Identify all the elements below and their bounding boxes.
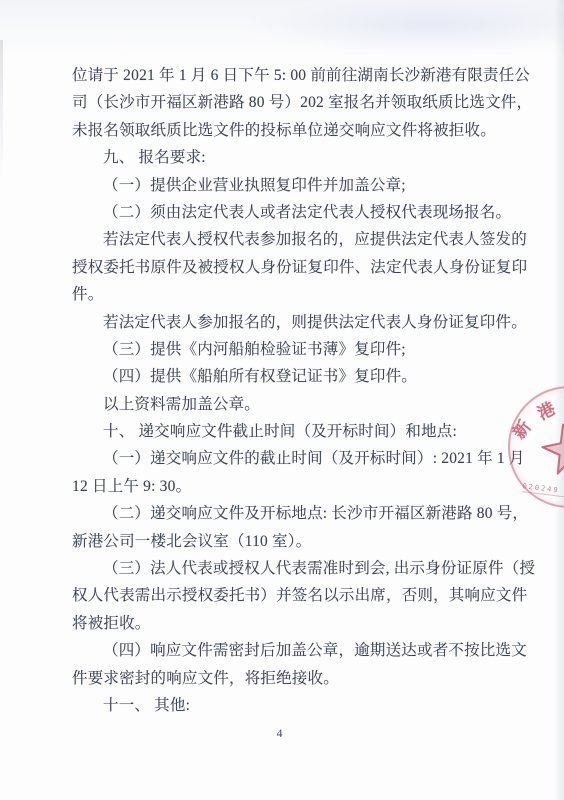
scanned-document-page: 位请于 2021 年 1 月 6 日下午 5: 00 前前往湖南长沙新港有限责任… bbox=[0, 0, 564, 800]
text-line: 以上资料需加盖公章。 bbox=[72, 391, 520, 418]
text-line: （四）响应文件需密封后加盖公章，逾期送达或者不按比选文 bbox=[72, 637, 520, 664]
page-number: 4 bbox=[72, 726, 487, 741]
text-line: 位请于 2021 年 1 月 6 日下午 5: 00 前前往湖南长沙新港有限责任… bbox=[72, 62, 520, 89]
text-line: 将被拒收。 bbox=[72, 610, 520, 637]
text-line: 若法定代表人参加报名的，则提供法定代表人身份证复印件。 bbox=[72, 309, 520, 336]
text-line: 授权委托书原件及被授权人身份证复印件、法定代表人身份证复印 bbox=[72, 254, 520, 281]
text-line: 十一、 其他: bbox=[72, 692, 520, 719]
text-line: （一）递交响应文件的截止时间（及开标时间）: 2021 年 1 月 bbox=[72, 445, 520, 472]
text-line: 未报名领取纸质比选文件的投标单位递交响应文件将被拒收。 bbox=[72, 117, 520, 144]
text-line: 十、 递交响应文件截止时间（及开标时间）和地点: bbox=[72, 418, 520, 445]
text-line: （二）须由法定代表人或者法定代表人授权代表现场报名。 bbox=[72, 199, 520, 226]
scan-edge-artifact bbox=[0, 40, 3, 180]
text-line: 若法定代表人授权代表参加报名的，应提供法定代表人签发的 bbox=[72, 226, 520, 253]
text-line: 新港公司一楼北会议室（110 室）。 bbox=[72, 528, 520, 555]
text-line: （一）提供企业营业执照复印件并加盖公章; bbox=[72, 172, 520, 199]
text-line: （二）递交响应文件及开标地点: 长沙市开福区新港路 80 号， bbox=[72, 500, 520, 527]
text-line: 件要求密封的响应文件，将拒绝接收。 bbox=[72, 665, 520, 692]
seal-character: 港 bbox=[532, 394, 559, 424]
text-line: （四）提供《船舶所有权登记证书》复印件。 bbox=[72, 363, 520, 390]
text-line: 12 日上午 9: 30。 bbox=[72, 473, 520, 500]
text-line: 九、 报名要求: bbox=[72, 144, 520, 171]
text-line: 司（长沙市开福区新港路 80 号）202 室报名并领取纸质比选文件， bbox=[72, 89, 520, 116]
text-line: （三）提供《内河船舶检验证书薄》复印件; bbox=[72, 336, 520, 363]
text-line: 件。 bbox=[72, 281, 520, 308]
seal-star-icon bbox=[537, 417, 564, 479]
document-body: 位请于 2021 年 1 月 6 日下午 5: 00 前前往湖南长沙新港有限责任… bbox=[72, 62, 520, 719]
text-line: 权人代表需出示授权委托书）并签名以示出席，否则，其响应文件 bbox=[72, 582, 520, 609]
text-line: （三）法人代表或授权人代表需准时到会, 出示身份证原件（授 bbox=[72, 555, 520, 582]
